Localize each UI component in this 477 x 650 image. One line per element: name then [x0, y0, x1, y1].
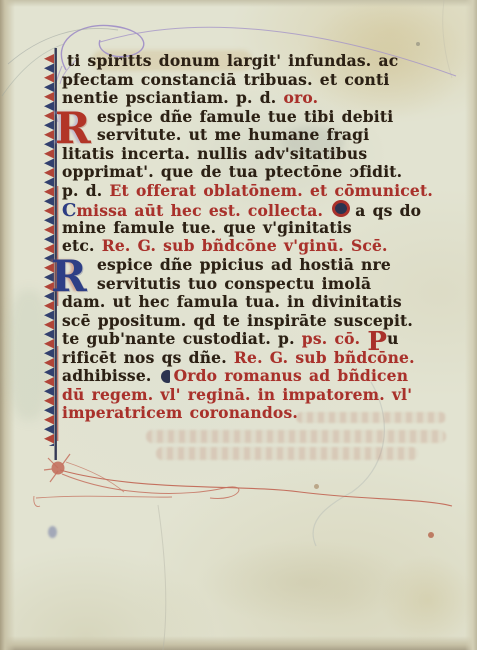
- text-segment: ti spiritts donum largit' infundas. ac: [67, 51, 398, 70]
- crease: [158, 505, 166, 650]
- ink-bleedthrough: [146, 430, 446, 443]
- text-line: Cmissa aūt hec est. collecta. a qs do: [62, 200, 462, 219]
- text-segment: a qs do: [355, 201, 421, 220]
- text-line: te gub'nante custodiat. p. ps. cō. Pu: [62, 330, 462, 349]
- stain: [200, 540, 410, 625]
- text-line: etc. Re. G. sub bñdcōne v'ginū. Scē.: [62, 237, 462, 256]
- text-line: litatis incerta. nullis adv'sitatibus: [62, 145, 462, 164]
- text-line: rificēt nos qs dñe. Re. G. sub bñdcōne.: [62, 349, 462, 368]
- ink-speck: [428, 532, 434, 538]
- text-segment: servitute. ut me humane fragi: [97, 125, 369, 144]
- text-line: p. d. Et offerat oblatōnem. et cōmunicet…: [62, 182, 462, 201]
- ink-speck: [416, 42, 420, 46]
- border-line-red: [57, 346, 58, 441]
- text-segment: imperatricem coronandos.: [62, 403, 298, 422]
- text-segment: litatis incerta. nullis adv'sitatibus: [62, 144, 367, 163]
- stain: [8, 290, 50, 420]
- text-line: pfectam constanciā tribuas. et conti: [62, 71, 462, 90]
- text-line: dam. ut hec famula tua. in divinitatis: [62, 293, 462, 312]
- text-segment: u: [387, 329, 398, 348]
- text-line: servitutis tuo conspectu imolā: [62, 275, 462, 294]
- text-segment: Ordo romanus ad bñdicen: [174, 366, 409, 385]
- text-block: ti spiritts donum largit' infundas. acpf…: [62, 52, 462, 423]
- text-segment: adhibisse.: [62, 366, 159, 385]
- text-line: ti spiritts donum largit' infundas. ac: [62, 52, 462, 71]
- grey-hairline: [2, 44, 64, 96]
- dropcap-initial-R-blue: R: [51, 257, 87, 297]
- text-segment: te gub'nante custodiat. p.: [62, 329, 302, 348]
- text-segment: p. d.: [62, 181, 109, 200]
- text-segment: dam. ut hec famula tua. in divinitatis: [62, 292, 402, 311]
- text-line: dū regem. vl' reginā. in impatorem. vl': [62, 386, 462, 405]
- dropcap-initial-R-red: R: [55, 109, 91, 149]
- text-line: scē ppositum. qd te inspirāte suscepit.: [62, 312, 462, 331]
- text-segment: espice dñe ppicius ad hostiā nre: [97, 255, 391, 274]
- ink-bleedthrough: [156, 447, 418, 460]
- text-segment: espice dñe famule tue tibi debiti: [97, 107, 393, 126]
- text-segment: mine famule tue. que v'ginitatis: [62, 218, 352, 237]
- text-line: opprimat'. que de tua ptectōne ɔfidit.: [62, 163, 462, 182]
- border-teeth: [43, 54, 54, 446]
- text-segment: dū regem. vl' reginā. in impatorem. vl': [62, 385, 412, 404]
- text-line: imperatricem coronandos.: [62, 404, 462, 423]
- text-segment: Et offerat oblatōnem. et cōmunicet.: [109, 181, 432, 200]
- ornate-initial-d-icon: [332, 200, 350, 217]
- text-line: servitute. ut me humane fragi: [62, 126, 462, 145]
- text-line: mine famule tue. que v'ginitatis: [62, 219, 462, 238]
- text-segment: ps. cō.: [302, 329, 368, 348]
- text-segment: servitutis tuo conspectu imolā: [97, 274, 371, 293]
- ink-speck: [314, 484, 319, 489]
- paragraph-mark-icon: [161, 370, 170, 383]
- parchment-leaf: ti spiritts donum largit' infundas. acpf…: [0, 0, 477, 650]
- manuscript-photo: ti spiritts donum largit' infundas. acpf…: [0, 0, 477, 650]
- stain: [380, 555, 475, 645]
- text-line: adhibisse. Ordo romanus ad bñdicen: [62, 367, 462, 386]
- text-line: espice dñe ppicius ad hostiā nre: [62, 256, 462, 275]
- text-segment: Re. G. sub bñdcōne v'ginū. Scē.: [102, 236, 388, 255]
- text-segment: oro.: [283, 88, 318, 107]
- ink-speck: [48, 526, 57, 538]
- text-segment: opprimat'. que de tua ptectōne ɔfidit.: [62, 162, 402, 181]
- text-line: nentie psciantiam. p. d. oro.: [62, 89, 462, 108]
- text-segment: Re. G. sub bñdcōne.: [234, 348, 415, 367]
- text-segment: rificēt nos qs dñe.: [62, 348, 234, 367]
- text-segment: pfectam constanciā tribuas. et conti: [62, 70, 389, 89]
- text-segment: nentie psciantiam. p. d.: [62, 88, 283, 107]
- text-segment: scē ppositum. qd te inspirāte suscepit.: [62, 311, 413, 330]
- text-line: espice dñe famule tue tibi debiti: [62, 108, 462, 127]
